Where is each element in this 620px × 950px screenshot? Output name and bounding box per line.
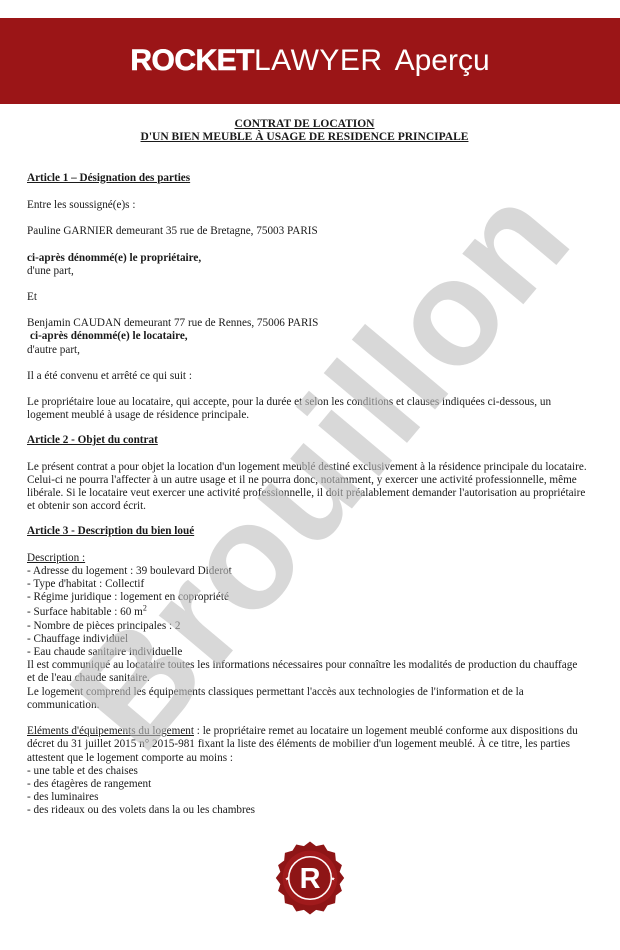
svg-text:★: ★ xyxy=(285,876,290,882)
equipment-label: Eléments d'équipements du logement xyxy=(27,725,194,737)
surface-text: - Surface habitable : 60 m xyxy=(27,606,143,618)
desc-item: - Chauffage individuel xyxy=(27,633,587,646)
desc-item: - Nombre de pièces principales : 2 xyxy=(27,620,587,633)
article-2-body: Le présent contrat a pour objet la locat… xyxy=(27,461,587,514)
desc-item: - Eau chaude sanitaire individuelle xyxy=(27,646,587,659)
brand-light: LAWYER xyxy=(254,44,383,78)
article-1-heading: Article 1 – Désignation des parties xyxy=(27,172,587,185)
equip-item: - des luminaires xyxy=(27,791,587,804)
and-text: Et xyxy=(27,291,587,304)
article-1-body: Le propriétaire loue au locataire, qui a… xyxy=(27,396,587,422)
desc-item: - Régime juridique : logement en copropr… xyxy=(27,591,587,604)
document-title: CONTRAT DE LOCATION D'UN BIEN MEUBLE À U… xyxy=(22,118,587,144)
article-3-heading: Article 3 - Description du bien loué xyxy=(27,525,587,538)
desc-item-surface: - Surface habitable : 60 m2 xyxy=(27,606,587,619)
owner-part: d'une part, xyxy=(27,265,587,278)
equip-item: - des rideaux ou des volets dans la ou l… xyxy=(27,804,587,817)
preview-label: Aperçu xyxy=(395,44,490,78)
equipment-paragraph: Eléments d'équipements du logement : le … xyxy=(27,725,587,765)
svg-text:R: R xyxy=(300,863,321,895)
owner-role: ci-après dénommé(e) le propriétaire, xyxy=(27,252,587,265)
header-banner: ROCKETLAWYERAperçu xyxy=(0,18,620,104)
article-2-heading: Article 2 - Objet du contrat xyxy=(27,434,587,447)
parties-intro: Entre les soussigné(e)s : xyxy=(27,199,587,212)
equip-item: - une table et des chaises xyxy=(27,765,587,778)
desc-item: - Type d'habitat : Collectif xyxy=(27,578,587,591)
tenant-role: ci-après dénommé(e) le locataire, xyxy=(27,330,587,343)
document-body: CONTRAT DE LOCATION D'UN BIEN MEUBLE À U… xyxy=(27,118,587,818)
desc-item: - Adresse du logement : 39 boulevard Did… xyxy=(27,565,587,578)
equip-item: - des étagères de rangement xyxy=(27,778,587,791)
rocket-lawyer-seal-icon: R ★ ★ xyxy=(272,840,348,916)
tenant-part: d'autre part, xyxy=(27,344,587,357)
agreed-text: Il a été convenu et arrêté ce qui suit : xyxy=(27,370,587,383)
description-label: Description : xyxy=(27,552,587,565)
brand-bold: ROCKET xyxy=(130,44,254,78)
owner-line: Pauline GARNIER demeurant 35 rue de Bret… xyxy=(27,225,587,238)
info-heating: Il est communiqué au locataire toutes le… xyxy=(27,659,587,685)
title-line-2: D'UN BIEN MEUBLE À USAGE DE RESIDENCE PR… xyxy=(22,131,587,144)
title-line-1: CONTRAT DE LOCATION xyxy=(22,118,587,131)
tenant-line: Benjamin CAUDAN demeurant 77 rue de Renn… xyxy=(27,317,587,330)
rocketlawyer-logo: ROCKETLAWYERAperçu xyxy=(0,18,620,104)
svg-text:★: ★ xyxy=(331,876,336,882)
info-tech: Le logement comprend les équipements cla… xyxy=(27,686,587,712)
surface-sup: 2 xyxy=(143,604,147,613)
